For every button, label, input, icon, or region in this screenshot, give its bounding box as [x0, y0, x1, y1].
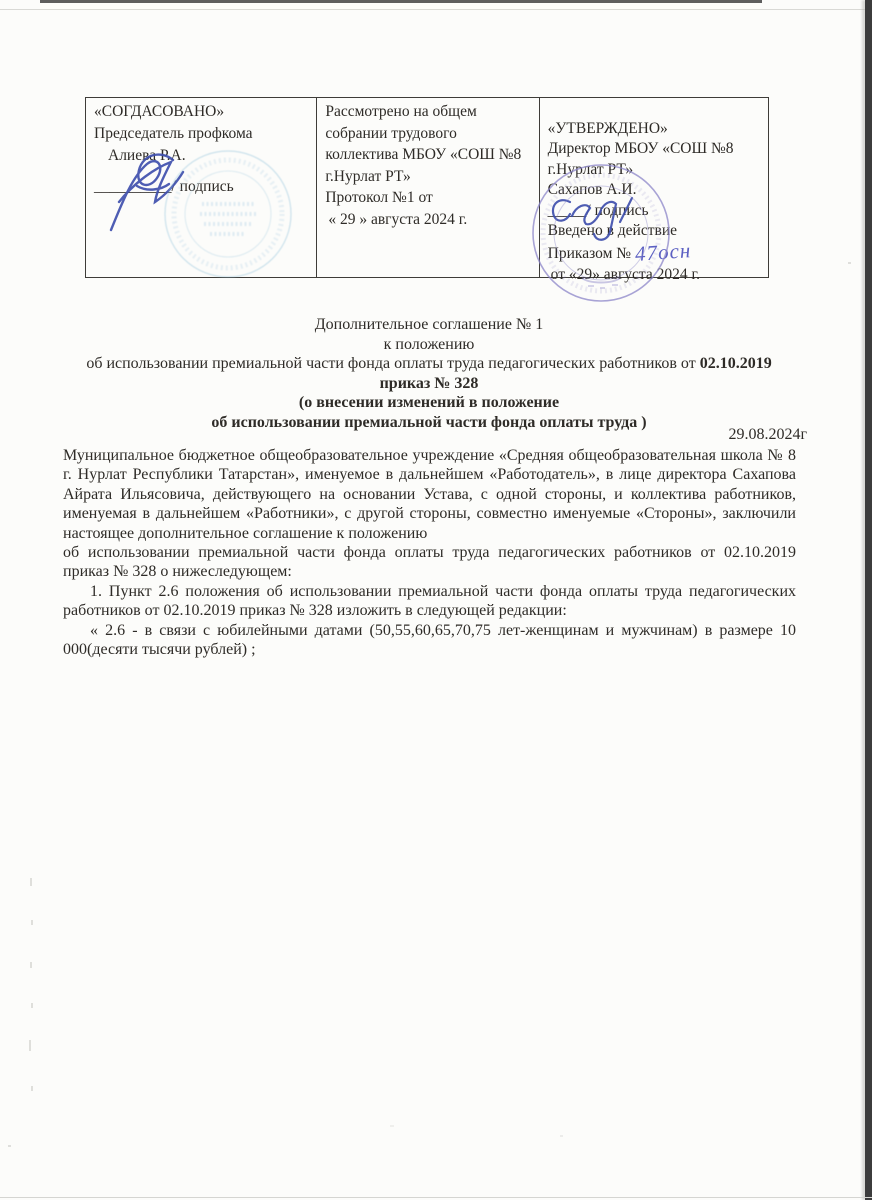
- considered-line: коллектива МБОУ «СОШ №8: [325, 144, 530, 166]
- body-paragraph: 1. Пункт 2.6 положения об использовании …: [63, 582, 796, 621]
- doc-title-line: (о внесении изменений в положение: [63, 393, 795, 413]
- scanned-document-page: «СОГДАСОВАНО» Председатель профкома Алие…: [0, 0, 872, 1200]
- scan-speck: [390, 1125, 394, 1127]
- scan-speck: [848, 262, 851, 264]
- scan-line-bottom: [0, 1197, 872, 1198]
- doc-title-line: об использовании премиальной части фонда…: [63, 354, 795, 374]
- scan-edge-top: [40, 0, 762, 3]
- approved-line: г.Нурлат РТ»: [548, 160, 760, 180]
- approved-line: Директор МБОУ «СОШ №8: [548, 139, 760, 159]
- considered-line: « 29 » августа 2024 г.: [325, 209, 530, 231]
- approved-date-line: от «29» августа 2024 г.: [548, 265, 760, 285]
- doc-title-line: к положению: [63, 335, 795, 355]
- scan-line-top: [0, 9, 872, 10]
- approved-line: Введено в действие: [548, 221, 760, 241]
- doc-title-line: приказ № 328: [63, 374, 795, 394]
- scan-speck: [31, 920, 33, 925]
- agreed-role: Председатель профкома: [94, 123, 308, 145]
- agreed-name: Алиева Р.А.: [94, 145, 308, 167]
- scan-speck: [560, 1135, 563, 1137]
- scan-edge-right: [865, 0, 872, 1200]
- approved-cell: «УТВЕРЖДЕНО» Директор МБОУ «СОШ №8 г.Нур…: [540, 98, 768, 277]
- agreed-signature-line: __________/ подпись: [94, 176, 308, 198]
- body-text: Муниципальное бюджетное общеобразователь…: [63, 446, 796, 659]
- considered-line: Рассмотрено на общем: [325, 101, 530, 123]
- scan-speck: [30, 878, 32, 886]
- body-paragraph: « 2.6 - в связи с юбилейными датами (50,…: [63, 621, 796, 660]
- body-paragraph: об использовании премиальной части фонда…: [63, 543, 796, 582]
- considered-cell: Рассмотрено на общем собрании трудового …: [317, 98, 539, 277]
- scan-speck: [30, 962, 32, 968]
- scan-speck: [31, 1086, 33, 1091]
- approval-table: «СОГДАСОВАНО» Председатель профкома Алие…: [85, 97, 769, 278]
- considered-line: Протокол №1 от: [325, 187, 530, 209]
- scan-speck: [29, 1040, 31, 1051]
- title-block: Дополнительное соглашение № 1 к положени…: [63, 315, 795, 432]
- approved-title: «УТВЕРЖДЕНО»: [548, 119, 760, 139]
- considered-line: собрании трудового: [325, 123, 530, 145]
- order-number-line: Приказом № 47осн: [548, 241, 760, 264]
- approved-signature-line: _____/ подпись: [548, 201, 760, 221]
- considered-line: г.Нурлат РТ»: [325, 166, 530, 188]
- approved-line: Сахапов А.И.: [548, 180, 760, 200]
- scan-speck: [31, 1003, 33, 1008]
- handwritten-order-number: 47осн: [634, 241, 692, 266]
- scan-speck: [8, 1145, 11, 1147]
- agreed-cell: «СОГДАСОВАНО» Председатель профкома Алие…: [86, 98, 317, 277]
- doc-title-line: Дополнительное соглашение № 1: [63, 315, 795, 335]
- body-paragraph: Муниципальное бюджетное общеобразователь…: [63, 446, 796, 543]
- doc-date: 29.08.2024г: [63, 426, 807, 444]
- agreed-title: «СОГДАСОВАНО»: [94, 101, 308, 123]
